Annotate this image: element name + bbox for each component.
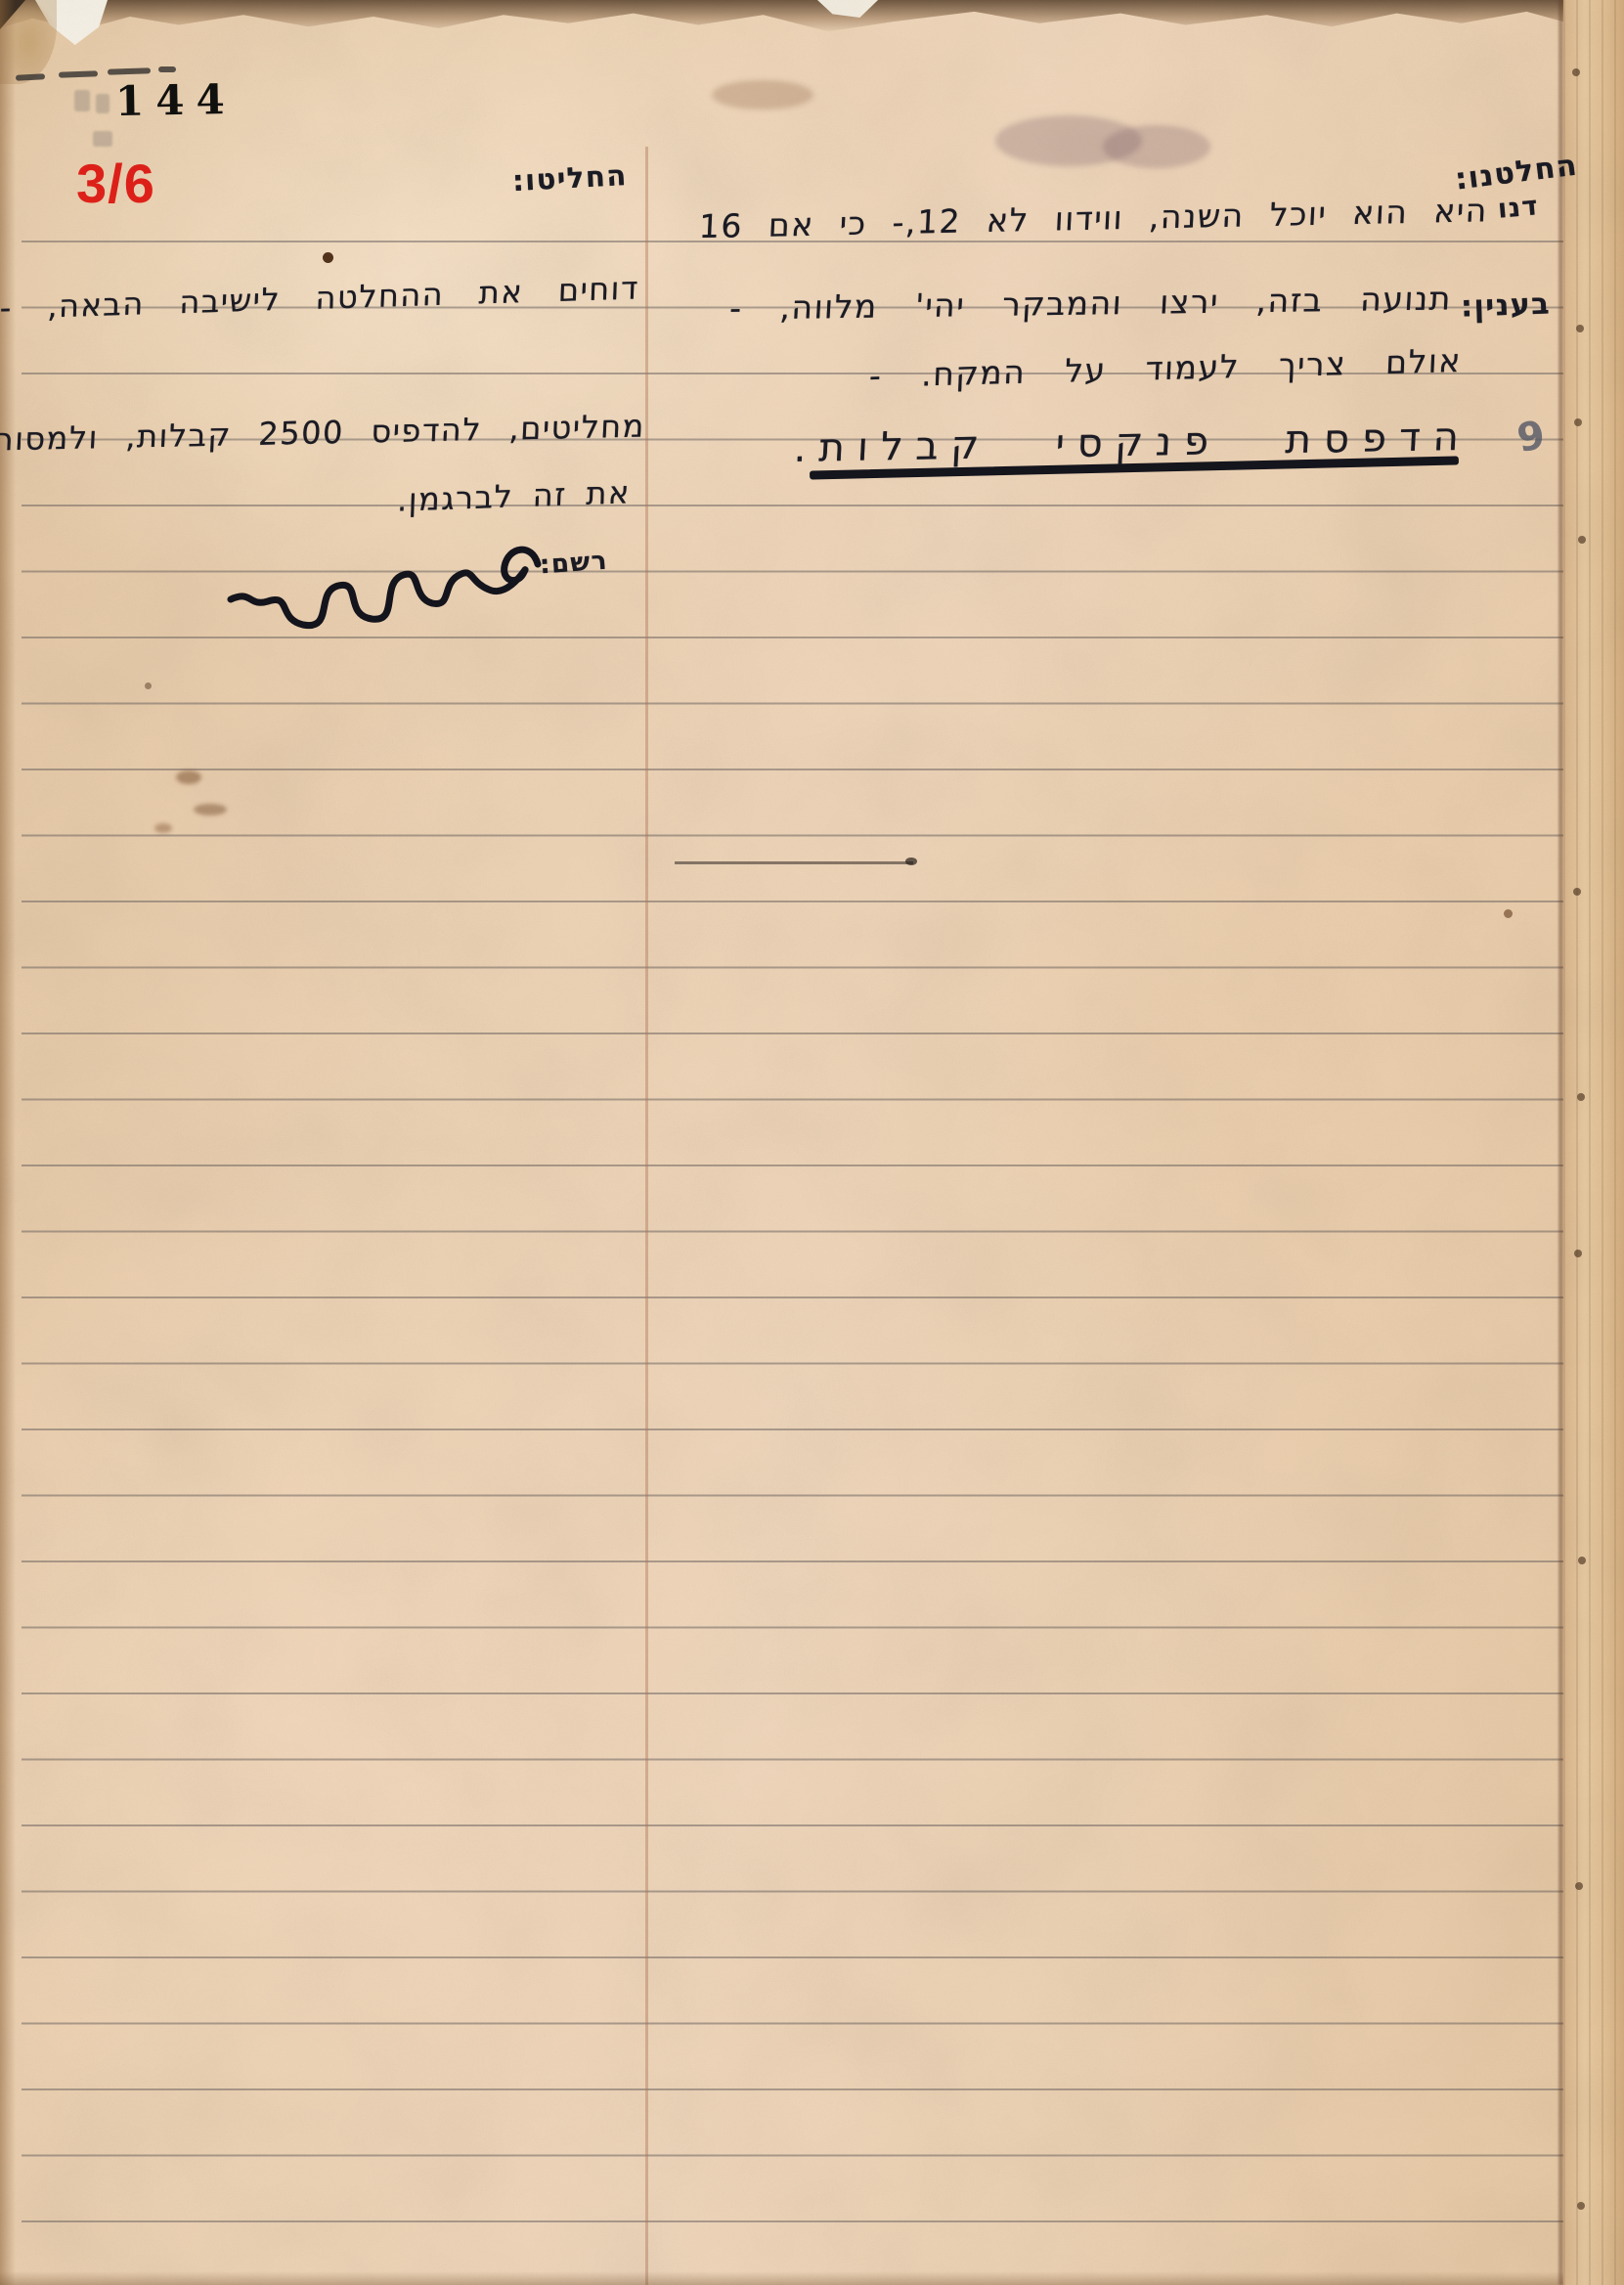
page-number-stamp: 144	[115, 75, 238, 125]
pencil-dash	[108, 67, 151, 75]
faded-ink-smudge	[1103, 125, 1210, 168]
stitch-hole	[1574, 418, 1582, 426]
pencil-dash	[16, 73, 45, 81]
scanned-notebook-page: 144 3/6 החלטנו: דנו היא הוא יוכל השנה, ו…	[0, 0, 1624, 2285]
stain	[194, 804, 227, 815]
handwritten-line: היא הוא יוכל השנה, ווידוו לא 12,- כי אם …	[671, 190, 1489, 247]
torn-top-edge	[0, 0, 1624, 33]
ink-smudge	[712, 80, 813, 110]
red-index-mark: 3/6	[76, 156, 155, 211]
ink-speck	[145, 682, 152, 689]
margin-note-discussed: דנו	[1497, 190, 1541, 226]
stitch-hole	[1578, 536, 1586, 544]
stitch-hole	[1572, 68, 1580, 76]
signature-scrawl	[217, 533, 554, 645]
margin-label-subject: בענין:	[1460, 286, 1551, 326]
stitch-hole	[1575, 1882, 1583, 1890]
ink-speck	[323, 252, 333, 263]
pen-scratch	[675, 861, 913, 864]
ink-speck	[1504, 909, 1513, 918]
left-column-header: החליטו:	[511, 157, 628, 198]
stain	[176, 770, 201, 784]
stitch-hole	[1573, 888, 1581, 896]
stain	[154, 823, 172, 833]
binding-strip	[1563, 0, 1624, 2285]
bottom-page-edge-shadow	[0, 2271, 1624, 2285]
stitch-hole	[1574, 1250, 1582, 1257]
column-divider-line	[645, 147, 648, 2285]
left-page-edge-shadow	[0, 0, 16, 2285]
stitch-hole	[1577, 1093, 1585, 1101]
stamp-ghost-mark	[74, 90, 90, 111]
stamp-ghost-mark	[96, 94, 110, 113]
pencil-dash	[59, 70, 98, 77]
stitch-hole	[1576, 325, 1584, 332]
ink-speck	[905, 857, 917, 865]
stitch-hole	[1578, 1557, 1586, 1564]
stamp-ghost-mark	[93, 131, 112, 147]
pencil-dash	[158, 66, 176, 72]
stitch-hole	[1577, 2202, 1585, 2210]
